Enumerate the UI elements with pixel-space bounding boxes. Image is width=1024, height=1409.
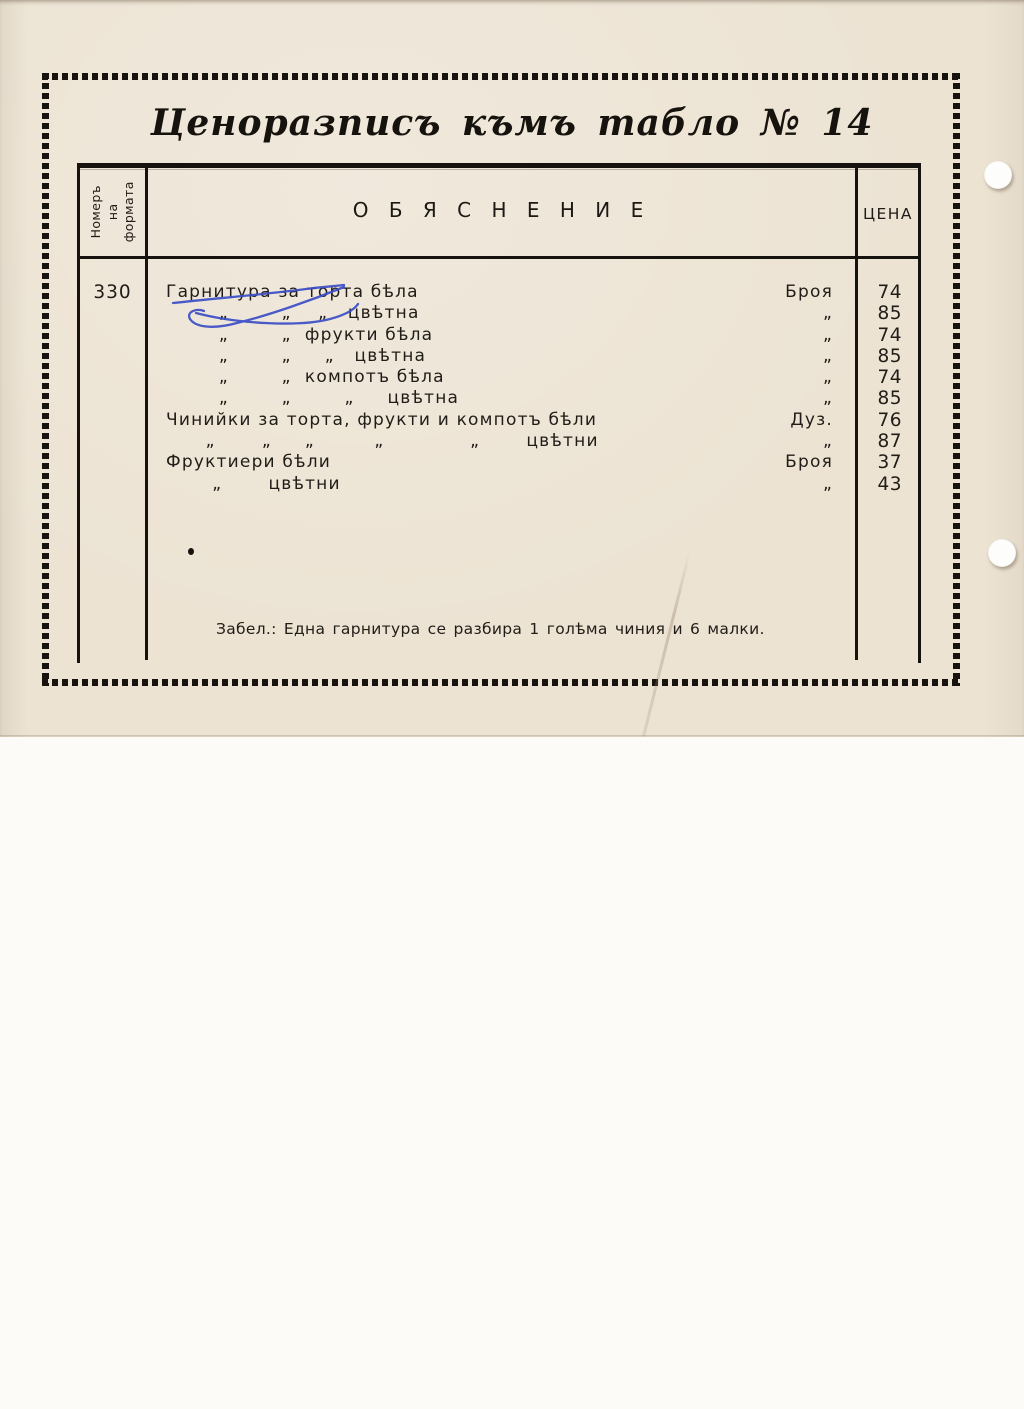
header-line: на <box>104 181 121 242</box>
item-description: Фруктиери бѣли <box>148 452 725 473</box>
item-description: „ „ „ цвѣтна <box>148 346 725 367</box>
item-unit: Броя <box>725 282 855 303</box>
item-description: „ „ „ цвѣтна <box>148 388 725 409</box>
price-value: 74 <box>858 282 918 303</box>
item-description: „ „ „ цвѣтна <box>148 303 725 324</box>
table-row: „ „ компотъ бѣла„ <box>148 367 855 388</box>
price-value: 85 <box>858 388 918 409</box>
price-value: 87 <box>858 431 918 452</box>
vertical-header-text: Номеръ на формата <box>88 181 138 242</box>
header-line: Номеръ <box>88 181 105 242</box>
price-value: 85 <box>858 303 918 324</box>
table-row: „ „ „ цвѣтна„ <box>148 388 855 409</box>
item-description: „ цвѣтни <box>148 474 725 495</box>
dotted-border-right <box>953 73 960 686</box>
price-value: 37 <box>858 452 918 473</box>
format-number: 330 <box>80 282 145 303</box>
item-unit: Броя <box>725 452 855 473</box>
price-value: 74 <box>858 367 918 388</box>
table-row: „ цвѣтни„ <box>148 474 855 495</box>
item-description: Гарнитура за торта бѣла <box>148 282 725 303</box>
punch-hole-bottom <box>988 539 1016 567</box>
price-value: 74 <box>858 325 918 346</box>
scanned-document: Ценоразписъ къмъ табло № 14 Номеръ на фо… <box>0 0 1024 1409</box>
item-unit: „ <box>725 346 855 367</box>
price-column: 74 85 74 85 74 85 76 87 37 43 <box>858 282 918 495</box>
item-unit: Дуз. <box>725 410 855 431</box>
ruled-line <box>77 169 921 170</box>
item-unit: „ <box>725 325 855 346</box>
header-line: формата <box>121 181 138 242</box>
price-table: Номеръ на формата О Б Я С Н Е Н И Е ЦЕНА… <box>77 163 921 663</box>
column-header-format-number: Номеръ на формата <box>80 168 145 256</box>
scanner-background <box>0 737 1024 1409</box>
table-row: Фруктиери бѣлиБроя <box>148 452 855 473</box>
column-header-description: О Б Я С Н Е Н И Е <box>148 198 855 222</box>
column-header-price: ЦЕНА <box>858 205 918 223</box>
price-value: 85 <box>858 346 918 367</box>
item-unit: „ <box>725 431 855 452</box>
table-rows: Гарнитура за торта бѣлаБроя „ „ „ цвѣтна… <box>148 282 855 495</box>
dotted-border-left <box>42 73 49 686</box>
item-description: „ „ фрукти бѣла <box>148 325 725 346</box>
item-description: Чинийки за торта, фрукти и компотъ бѣли <box>148 410 725 431</box>
punch-hole-top <box>984 161 1012 189</box>
page-title: Ценоразписъ къмъ табло № 14 <box>0 102 1024 144</box>
dotted-border-top <box>42 73 960 80</box>
item-description: „ „ „ „ „ цвѣтни <box>148 431 725 452</box>
item-unit: „ <box>725 303 855 324</box>
table-row: Гарнитура за торта бѣлаБроя <box>148 282 855 303</box>
dotted-border-bottom <box>42 679 960 686</box>
item-unit: „ <box>725 388 855 409</box>
item-unit: „ <box>725 474 855 495</box>
item-unit: „ <box>725 367 855 388</box>
table-row: „ „ фрукти бѣла„ <box>148 325 855 346</box>
footnote: Забел.: Една гарнитура се разбира 1 голѣ… <box>148 620 855 638</box>
price-value: 76 <box>858 410 918 431</box>
paper-sheet: Ценоразписъ къмъ табло № 14 Номеръ на фо… <box>0 0 1024 737</box>
table-row: „ „ „ „ „ цвѣтни„ <box>148 431 855 452</box>
ink-speck <box>188 548 194 555</box>
price-value: 43 <box>858 474 918 495</box>
item-description: „ „ компотъ бѣла <box>148 367 725 388</box>
header-separator-line <box>77 256 921 259</box>
table-row: „ „ „ цвѣтна„ <box>148 303 855 324</box>
table-row: Чинийки за торта, фрукти и компотъ бѣлиД… <box>148 410 855 431</box>
table-row: „ „ „ цвѣтна„ <box>148 346 855 367</box>
